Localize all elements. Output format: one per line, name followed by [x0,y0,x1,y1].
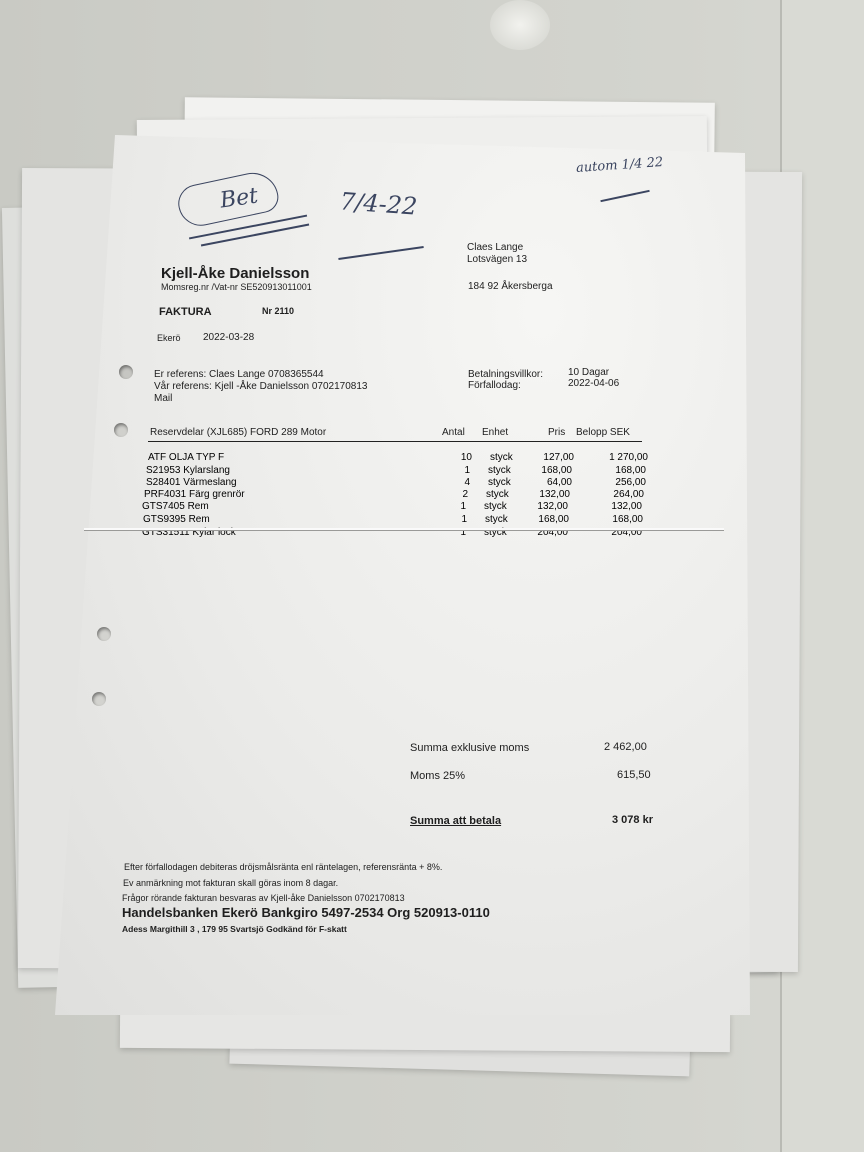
invoice-place: Ekerö [157,333,181,343]
item-qty: 2 [462,489,468,500]
item-description: GTS9395 Rem [143,514,210,525]
table-row: ATF OLJA TYP F10styck127,001 270,00 [148,452,648,464]
item-qty: 1 [464,465,470,476]
item-amount: 132,00 [611,501,642,512]
paid-mark-text: Bet [218,183,259,213]
item-unit: styck [488,477,511,488]
header-amount: Belopp SEK [576,427,630,438]
vat-value: 615,50 [617,769,651,781]
footer-address: Adess Margithill 3 , 179 95 Svartsjö God… [122,924,347,934]
payment-terms-value: 10 Dagar [568,367,609,378]
payment-terms-label: Betalningsvillkor: [468,369,543,380]
total-value: 3 078 kr [612,814,653,826]
footer-bank: Handelsbanken Ekerö Bankgiro 5497-2534 O… [122,905,490,920]
recipient-name: Claes Lange [467,242,523,253]
recipient-street: Lotsvägen 13 [467,254,527,265]
mail-label: Mail [154,393,172,404]
paid-date: 7/4-22 [339,187,418,220]
our-reference: Vår referens: Kjell -Åke Danielsson 0702… [154,381,367,392]
footer-remarks: Ev anmärkning mot fakturan skall göras i… [123,878,338,888]
item-amount: 1 270,00 [609,452,648,463]
item-qty: 1 [460,501,466,512]
item-price: 168,00 [538,514,569,525]
table-row: GTS9395 Rem1styck168,00168,00 [143,514,643,526]
footer-questions: Frågor rörande fakturan besvaras av Kjel… [122,893,405,903]
item-qty: 1 [461,514,467,525]
table-row: GTS7405 Rem1styck132,00132,00 [142,501,642,513]
subtotal-value: 2 462,00 [604,741,647,753]
light-glare [490,0,550,50]
due-date-label: Förfallodag: [468,380,521,391]
table-row: S28401 Värmeslang4styck64,00256,00 [146,477,646,489]
item-amount: 256,00 [615,477,646,488]
item-amount: 264,00 [613,489,644,500]
item-unit: styck [488,465,511,476]
header-unit: Enhet [482,427,508,438]
header-qty: Antal [442,427,465,438]
item-description: ATF OLJA TYP F [148,452,224,463]
item-unit: styck [484,501,507,512]
due-date-value: 2022-04-06 [568,378,619,389]
item-description: PRF4031 Färg grenrör [144,489,245,500]
punch-hole [114,423,128,437]
table-row: S21953 Kylarslang1styck168,00168,00 [146,465,646,477]
footer-late-fee: Efter förfallodagen debiteras dröjsmålsr… [124,862,442,872]
item-amount: 168,00 [615,465,646,476]
item-unit: styck [490,452,513,463]
header-price: Pris [548,427,565,438]
punch-hole [119,365,133,379]
invoice-date: 2022-03-28 [203,332,254,343]
item-price: 132,00 [537,501,568,512]
item-price: 64,00 [547,477,572,488]
item-amount: 168,00 [612,514,643,525]
vat-label: Moms 25% [410,770,465,782]
item-unit: styck [485,514,508,525]
subtotal-label: Summa exklusive moms [410,742,529,754]
table-row: PRF4031 Färg grenrör2styck132,00264,00 [144,489,644,501]
seller-name: Kjell-Åke Danielsson [161,265,309,282]
line-items-header: Reservdelar (XJL685) FORD 289 Motor Anta… [148,427,642,442]
invoice-number: Nr 2110 [262,306,294,316]
invoice-title: FAKTURA [159,306,212,318]
seller-vat: Momsreg.nr /Vat-nr SE520913011001 [161,282,312,292]
item-qty: 4 [464,477,470,488]
total-label: Summa att betala [410,815,501,827]
item-price: 132,00 [539,489,570,500]
item-unit: styck [486,489,509,500]
item-price: 168,00 [541,465,572,476]
item-description: S28401 Värmeslang [146,477,237,488]
item-description: GTS7405 Rem [142,501,209,512]
punch-hole [92,692,106,706]
recipient-postal: 184 92 Åkersberga [468,281,553,292]
punch-hole [97,627,111,641]
paper-fold-crease [84,528,724,530]
their-reference: Er referens: Claes Lange 0708365544 [154,369,324,380]
header-description: Reservdelar (XJL685) FORD 289 Motor [150,427,326,438]
item-price: 127,00 [543,452,574,463]
item-qty: 10 [461,452,472,463]
item-description: S21953 Kylarslang [146,465,230,476]
